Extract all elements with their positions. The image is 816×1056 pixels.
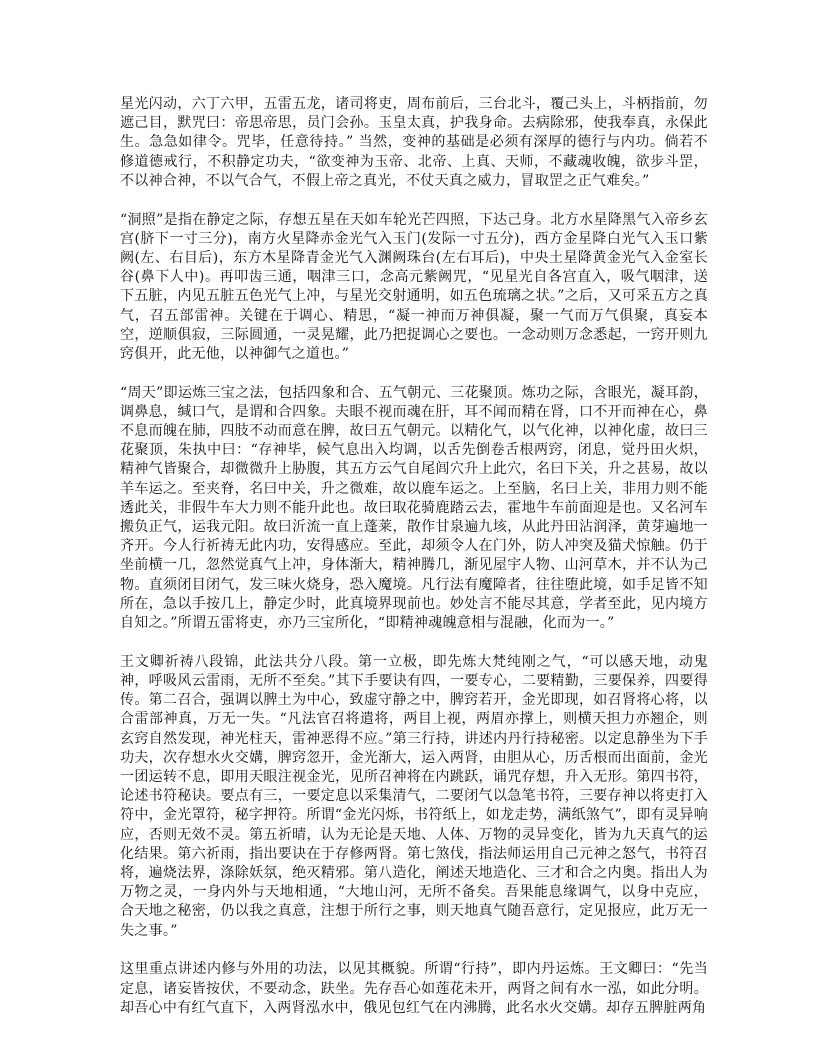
document-page: 星光闪动，六丁六甲，五雷五龙，诸司将吏，周布前后，三台北斗，覆己头上，斗柄指前，… — [120, 95, 708, 1018]
paragraph-baduanjin: 王文卿祈祷八段锦，此法共分八段。第一立极，即先炼大梵纯刚之气，“可以感天地，动鬼… — [120, 653, 708, 941]
paragraph-xingchi: 这里重点讲述内修与外用的功法，以见其概貌。所谓“行持”，即内丹运炼。王文卿曰：“… — [120, 960, 708, 1018]
paragraph-bianshen: 星光闪动，六丁六甲，五雷五龙，诸司将吏，周布前后，三台北斗，覆己头上，斗柄指前，… — [120, 95, 708, 191]
paragraph-dongzhao: “洞照”是指在静定之际，存想五星在天如车轮光芒四照，下达己身。北方水星降黑气入帝… — [120, 211, 708, 365]
paragraph-zhoutian: “周天”即运炼三宝之法，包括四象和合、五气朝元、三花聚顶。炼功之际，含眼光，凝耳… — [120, 384, 708, 634]
